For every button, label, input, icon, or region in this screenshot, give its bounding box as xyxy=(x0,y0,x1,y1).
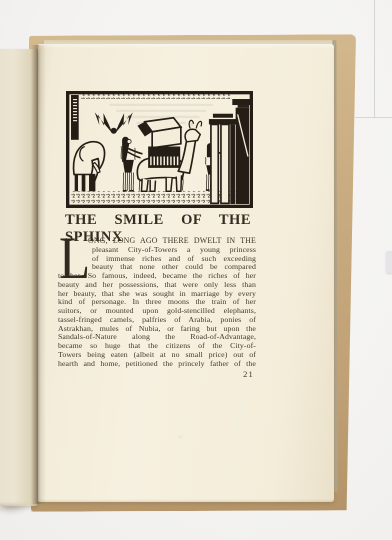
woodcut-illustration xyxy=(66,91,253,208)
page-number: 21 xyxy=(230,369,254,379)
backdrop-tab xyxy=(386,251,392,273)
backdrop-seam-vertical xyxy=(374,0,375,118)
body-text: ONG, LONG AGO THERE DWELT IN THEpleasant… xyxy=(58,237,256,368)
backdrop-seam-horizontal xyxy=(355,117,392,118)
right-page: THE SMILE OF THE SPHINX L ONG, LONG AGO … xyxy=(38,44,334,502)
photo-backdrop: THE SMILE OF THE SPHINX L ONG, LONG AGO … xyxy=(0,0,392,540)
paper-spot xyxy=(179,436,182,438)
body-line: hearth and home, petitioned the princely… xyxy=(58,360,256,369)
left-page xyxy=(0,49,38,506)
